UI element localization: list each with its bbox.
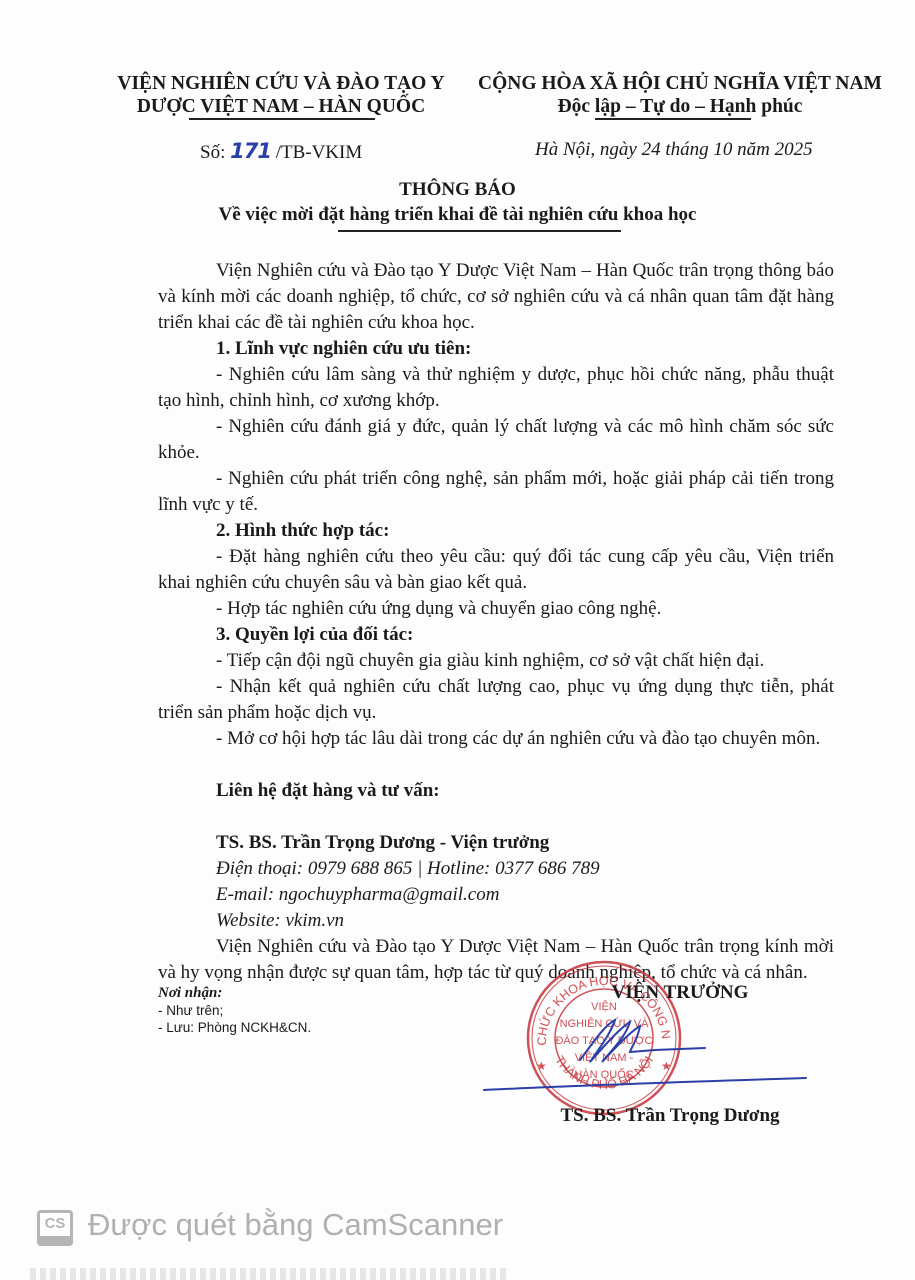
org-underline <box>189 118 375 120</box>
signer-name: TS. BS. Trần Trọng Dương <box>535 1105 805 1127</box>
camscanner-logo-icon: CS <box>37 1210 73 1246</box>
national-motto: Độc lập – Tự do – Hạnh phúc <box>468 95 892 118</box>
section-item: - Mở cơ hội hợp tác lâu dài trong các dự… <box>158 726 834 752</box>
national-header: CỘNG HÒA XÃ HỘI CHỦ NGHĨA VIỆT NAM Độc l… <box>468 72 892 118</box>
section-item: - Nhận kết quả nghiên cứu chất lượng cao… <box>158 674 834 726</box>
doc-number-handwritten: 171 <box>230 139 271 163</box>
doc-number-prefix: Số: <box>200 142 225 163</box>
org-name-line2: DƯỢC VIỆT NAM – HÀN QUỐC <box>96 95 466 118</box>
section-item: - Nghiên cứu phát triển công nghệ, sản p… <box>158 466 834 518</box>
section-item: - Nghiên cứu lâm sàng và thử nghiệm y dư… <box>158 362 834 414</box>
section-item: - Đặt hàng nghiên cứu theo yêu cầu: quý … <box>158 544 834 596</box>
document-body: Viện Nghiên cứu và Đào tạo Y Dược Việt N… <box>158 258 834 986</box>
contact-person: TS. BS. Trần Trọng Dương - Viện trưởng <box>158 830 834 856</box>
section-item: - Tiếp cận đội ngũ chuyên gia giàu kinh … <box>158 648 834 674</box>
document-title: THÔNG BÁO <box>0 179 915 201</box>
doc-number-suffix: /TB-VKIM <box>276 142 363 163</box>
recipients-label: Nơi nhận: <box>158 985 311 1002</box>
contact-heading: Liên hệ đặt hàng và tư vấn: <box>158 778 834 804</box>
recipient-item: - Như trên; <box>158 1002 311 1019</box>
subtitle-underline <box>338 230 621 232</box>
national-title: CỘNG HÒA XÃ HỘI CHỦ NGHĨA VIỆT NAM <box>468 72 892 95</box>
document-subtitle: Về việc mời đặt hàng triển khai đề tài n… <box>0 204 915 226</box>
camscanner-watermark: Được quét bằng CamScanner <box>88 1207 503 1243</box>
scan-edge-artifact <box>30 1268 510 1280</box>
recipient-item: - Lưu: Phòng NCKH&CN. <box>158 1019 311 1036</box>
section-item: - Hợp tác nghiên cứu ứng dụng và chuyển … <box>158 596 834 622</box>
section-heading: 2. Hình thức hợp tác: <box>158 518 834 544</box>
recipients-block: Nơi nhận: - Như trên; - Lưu: Phòng NCKH&… <box>158 985 311 1036</box>
camscanner-logo-text: CS <box>45 1215 66 1232</box>
closing-paragraph: Viện Nghiên cứu và Đào tạo Y Dược Việt N… <box>158 934 834 986</box>
contact-website: Website: vkim.vn <box>158 908 834 934</box>
contact-email: E-mail: ngochuypharma@gmail.com <box>158 882 834 908</box>
intro-paragraph: Viện Nghiên cứu và Đào tạo Y Dược Việt N… <box>158 258 834 336</box>
section-heading: 1. Lĩnh vực nghiên cứu ưu tiên: <box>158 336 834 362</box>
document-date: Hà Nội, ngày 24 tháng 10 năm 2025 <box>535 139 813 161</box>
org-name-line1: VIỆN NGHIÊN CỨU VÀ ĐÀO TẠO Y <box>96 72 466 95</box>
document-number: Số: 171 /TB-VKIM <box>200 139 362 164</box>
handwritten-signature <box>480 990 810 1100</box>
contact-phone: Điện thoại: 0979 688 865 | Hotline: 0377… <box>158 856 834 882</box>
section-heading: 3. Quyền lợi của đối tác: <box>158 622 834 648</box>
org-name: VIỆN NGHIÊN CỨU VÀ ĐÀO TẠO Y DƯỢC VIỆT N… <box>96 72 466 118</box>
motto-underline <box>595 118 751 120</box>
section-item: - Nghiên cứu đánh giá y đức, quản lý chấ… <box>158 414 834 466</box>
